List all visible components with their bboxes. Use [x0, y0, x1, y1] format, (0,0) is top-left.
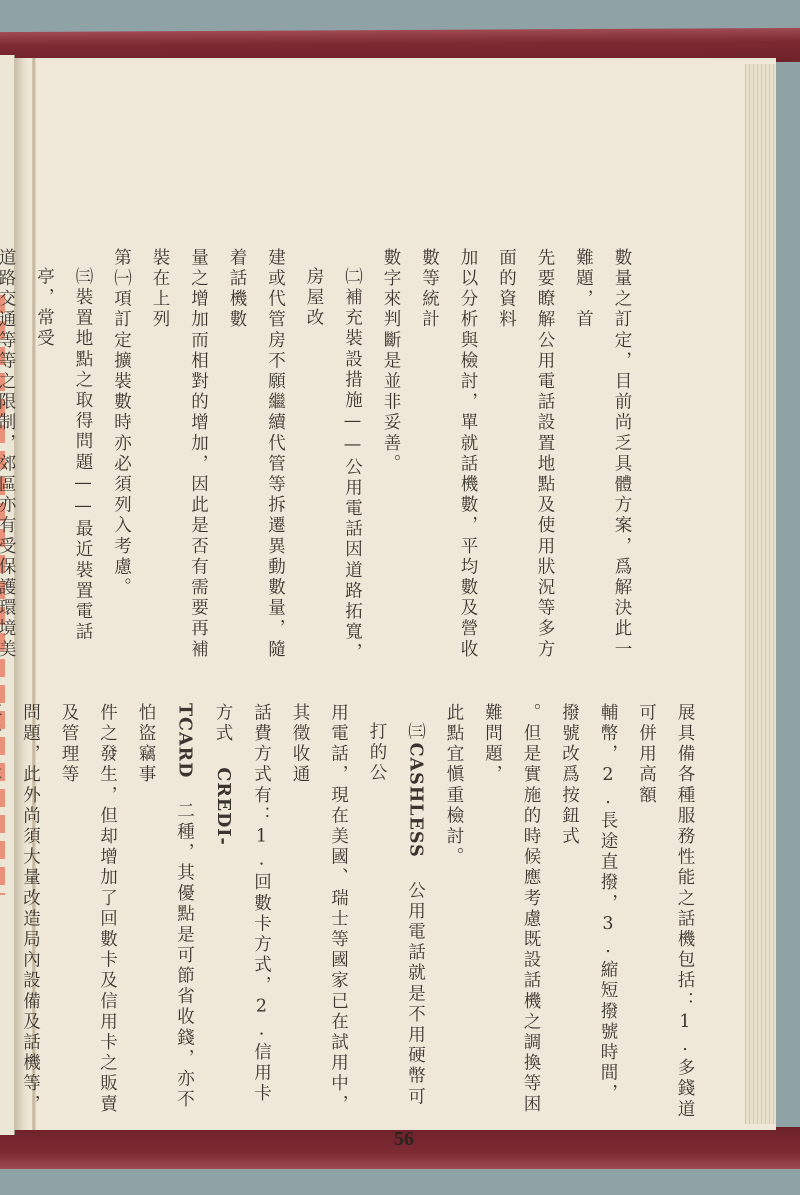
subsection-2-start: ㈡補充裝設措施——公用電話因道路拓寬，房屋改: [295, 248, 372, 668]
credit-card-term-part2: TCARD: [175, 703, 195, 778]
cashless-term: CASHLESS: [406, 743, 426, 858]
text-column: 此點宜愼重檢討。: [435, 703, 474, 1123]
text-column: 件之發生，但却增加了回數卡及信用卡之販賣及管理等: [50, 703, 127, 1123]
credit-card-term-part1: CREDI-: [213, 767, 233, 845]
text-column: 。但是實施的時候應考慮既設話機之調換等困難問題，: [473, 703, 550, 1123]
bottom-text-section: 展具備各種服務性能之話機包括：1.多錢道可併用高額 輔幣，2.長途直撥，3.縮短…: [0, 703, 704, 1123]
subsection-cashless: ㈢CASHLESS 公用電話就是不用硬幣可打的公: [358, 703, 435, 1123]
text-column: 建或代管房不願繼續代管等拆遷異動數量，隨着話機數: [218, 248, 295, 668]
text-column: 第㈠項訂定擴裝數時亦必須列入考慮。: [102, 248, 141, 668]
text-column: 話費方式有：1.回數卡方式，2.信用卡方式 CREDI-: [204, 703, 281, 1123]
text-column: 展具備各種服務性能之話機包括：1.多錢道可併用高額: [627, 703, 704, 1123]
text-column: 加以分析與檢討，單就話機數，平均數及營收數等統計: [410, 248, 487, 668]
text-column: 先要瞭解公用電話設置地點及使用狀況等多方面的資料: [487, 248, 564, 668]
text-column: 用電話，現在美國、瑞士等國家已在試用中，其徵收通: [281, 703, 358, 1123]
page-number: 56: [394, 1128, 414, 1151]
text-column: 道路交通等等之限制，郊區亦有受保護環境美觀等限制: [0, 248, 25, 668]
subsection-number: ㈢: [406, 722, 426, 743]
text-column: 問題，此外尚須大量改造局內設備及話機等，再者日本: [0, 703, 50, 1123]
text-column: 數字來判斷是並非妥善。: [372, 248, 411, 668]
subsection-3-start: ㈢裝置地點之取得問題——最近裝置電話亭，常受: [25, 248, 102, 668]
text-column: TCARD 二種，其優點是可節省收錢，亦不怕盜竊事: [127, 703, 204, 1123]
page-stack-edges: [745, 64, 776, 1124]
text-column: 數量之訂定，目前尚乏具體方案，爲解決此一難題，首: [564, 248, 641, 668]
text-column: 量之增加而相對的增加，因此是否有需要再補裝在上列: [141, 248, 218, 668]
top-text-section: 數量之訂定，目前尚乏具體方案，爲解決此一難題，首 先要瞭解公用電話設置地點及使用…: [0, 248, 641, 668]
text-column: 輔幣，2.長途直撥，3.縮短撥號時間，撥號改爲按鈕式: [550, 703, 627, 1123]
book-page: 數量之訂定，目前尚乏具體方案，爲解決此一難題，首 先要瞭解公用電話設置地點及使用…: [14, 58, 776, 1130]
text-run: 話費方式有：1.回數卡方式，2.信用卡方式: [213, 703, 272, 1104]
